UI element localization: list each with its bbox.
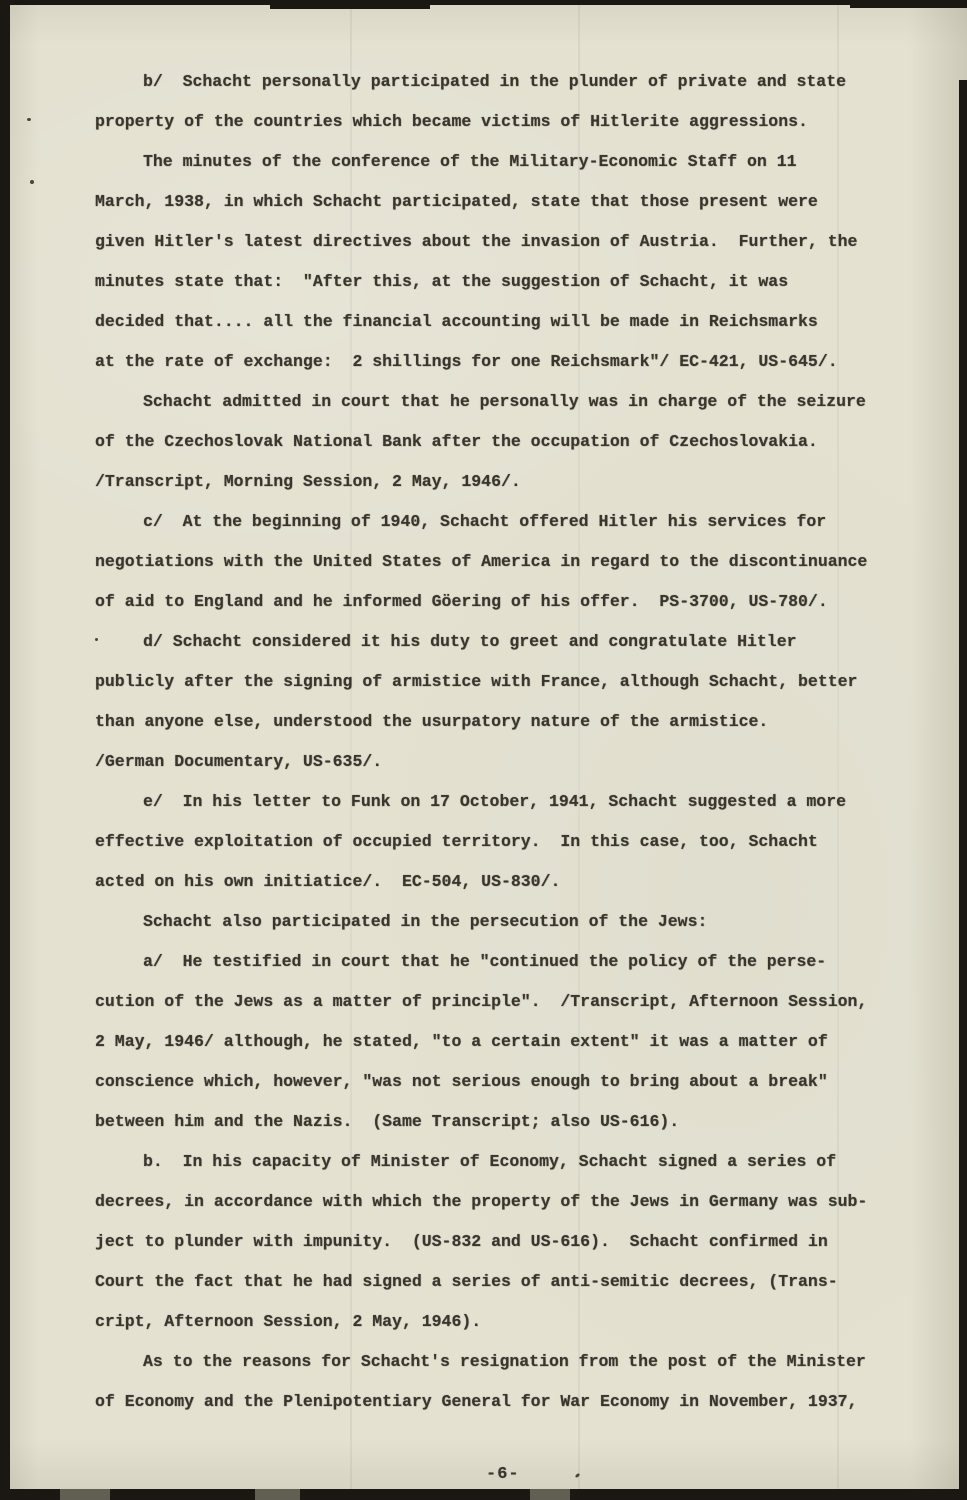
scan-border-gap xyxy=(255,1489,300,1500)
text-line: of aid to England and he informed Göerin… xyxy=(95,582,912,622)
ink-speck xyxy=(30,180,34,184)
text-line: 2 May, 1946/ although, he stated, "to a … xyxy=(95,1022,912,1062)
text-line: cript, Afternoon Session, 2 May, 1946). xyxy=(95,1302,912,1342)
text-line: effective exploitation of occupied terri… xyxy=(95,822,912,862)
text-line: /Transcript, Morning Session, 2 May, 194… xyxy=(95,462,912,502)
text-line: of Economy and the Plenipotentiary Gener… xyxy=(95,1382,912,1422)
text-line: c/ At the beginning of 1940, Schacht off… xyxy=(95,502,912,542)
text-line: e/ In his letter to Funk on 17 October, … xyxy=(95,782,912,822)
text-line: publicly after the signing of armistice … xyxy=(95,662,912,702)
text-line: property of the countries which became v… xyxy=(95,102,912,142)
text-line: acted on his own initiatice/. EC-504, US… xyxy=(95,862,912,902)
text-line: than anyone else, understood the usurpat… xyxy=(95,702,912,742)
scan-border-patch xyxy=(270,0,430,9)
text-line: negotiations with the United States of A… xyxy=(95,542,912,582)
text-line: Court the fact that he had signed a seri… xyxy=(95,1262,912,1302)
scan-border-gap xyxy=(530,1489,570,1500)
scan-border-top xyxy=(0,0,967,5)
text-line: Schacht also participated in the persecu… xyxy=(95,902,912,942)
scan-border-right xyxy=(959,80,967,1500)
text-line: decided that.... all the financial accou… xyxy=(95,302,912,342)
text-line: decrees, in accordance with which the pr… xyxy=(95,1182,912,1222)
page-number: -6- xyxy=(486,1461,520,1489)
text-line: d/ Schacht considered it his duty to gre… xyxy=(95,622,912,662)
text-line: March, 1938, in which Schacht participat… xyxy=(95,182,912,222)
text-line: ject to plunder with impunity. (US-832 a… xyxy=(95,1222,912,1262)
text-line: The minutes of the conference of the Mil… xyxy=(95,142,912,182)
text-line: given Hitler's latest directives about t… xyxy=(95,222,912,262)
text-line: /German Documentary, US-635/. xyxy=(95,742,912,782)
scanned-document-page: b/ Schacht personally participated in th… xyxy=(0,0,967,1500)
scan-border-patch xyxy=(850,0,967,8)
text-line: minutes state that: "After this, at the … xyxy=(95,262,912,302)
text-line: at the rate of exchange: 2 shillings for… xyxy=(95,342,912,382)
ink-speck xyxy=(27,118,31,121)
text-line: between him and the Nazis. (Same Transcr… xyxy=(95,1102,912,1142)
scan-border-left xyxy=(0,0,10,1500)
text-line: As to the reasons for Schacht's resignat… xyxy=(95,1342,912,1382)
text-line: of the Czechoslovak National Bank after … xyxy=(95,422,912,462)
scan-border-gap xyxy=(60,1489,110,1500)
scan-border-bottom xyxy=(0,1489,967,1500)
text-line: a/ He testified in court that he "contin… xyxy=(95,942,912,982)
text-line: cution of the Jews as a matter of princi… xyxy=(95,982,912,1022)
text-block: b/ Schacht personally participated in th… xyxy=(95,62,912,1422)
text-line: b/ Schacht personally participated in th… xyxy=(95,62,912,102)
text-line: Schacht admitted in court that he person… xyxy=(95,382,912,422)
text-line: b. In his capacity of Minister of Econom… xyxy=(95,1142,912,1182)
text-line: conscience which, however, "was not seri… xyxy=(95,1062,912,1102)
